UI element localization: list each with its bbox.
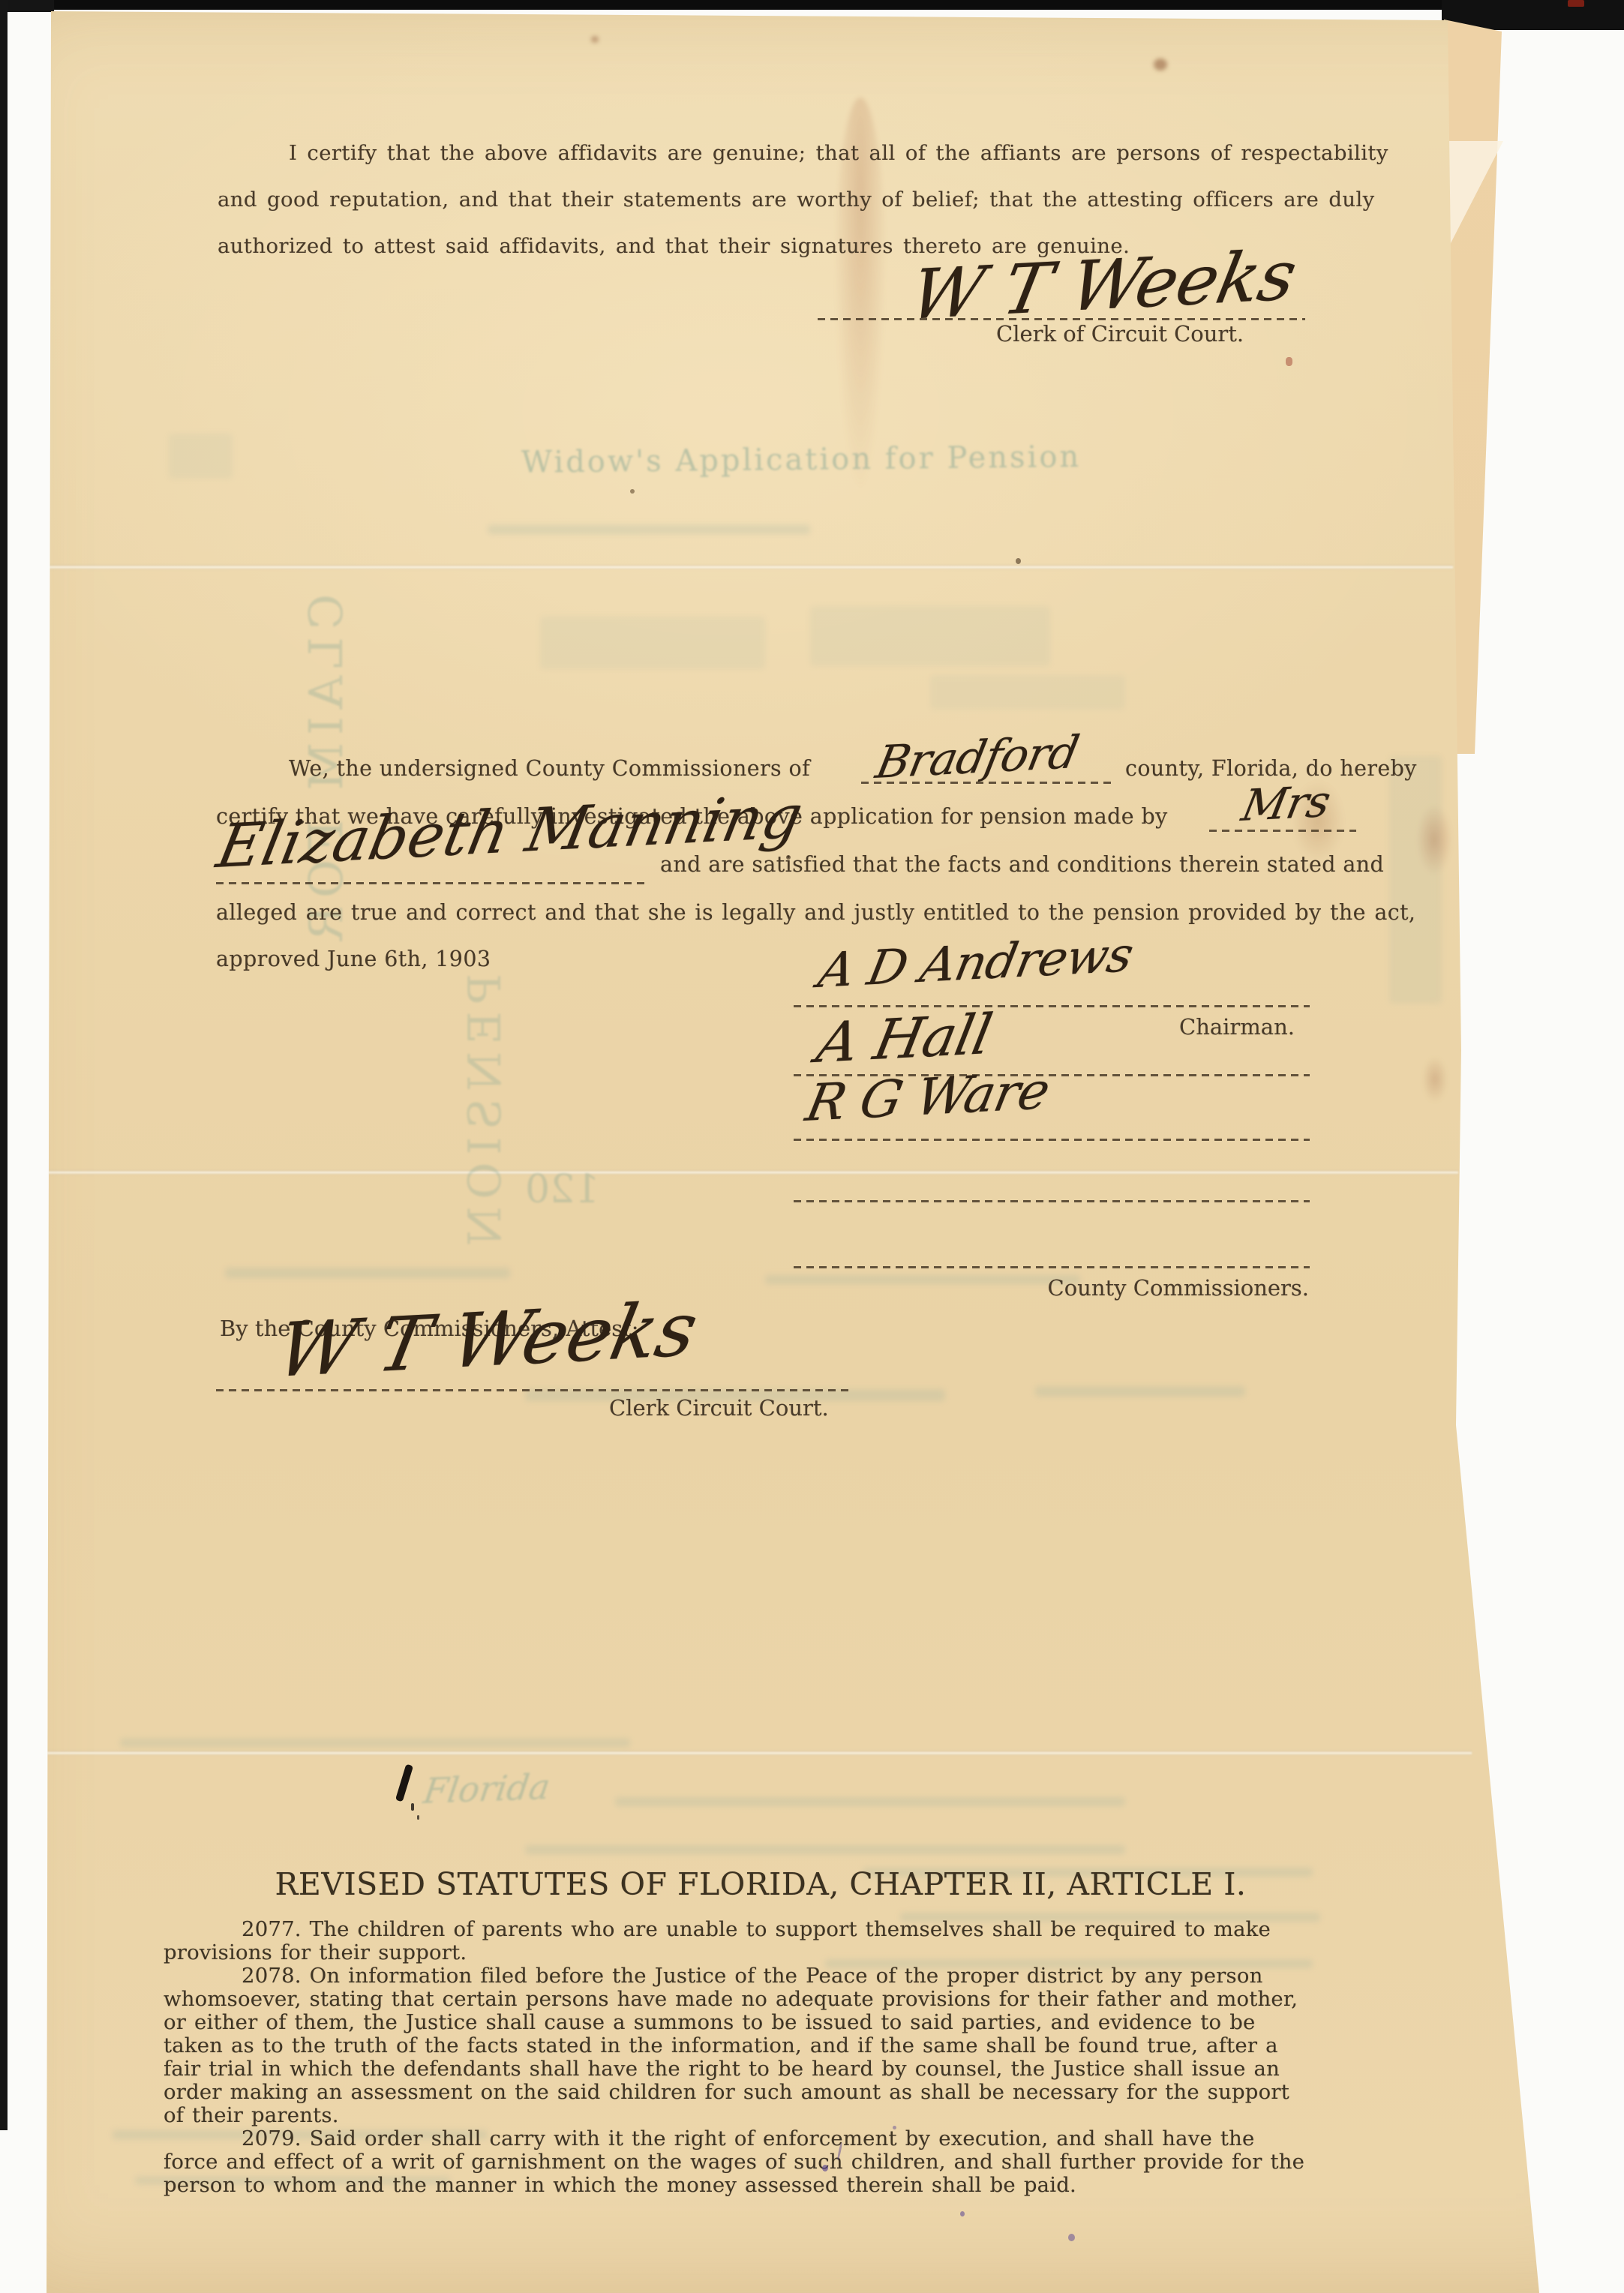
commission-line1-after: county, Florida, do hereby bbox=[1125, 756, 1417, 781]
statute-line: person to whom and the manner in which t… bbox=[164, 2173, 1076, 2197]
statute-line: 2078. On information filed before the Ju… bbox=[242, 1964, 1263, 1988]
statute-line: whomsoever, stating that certain persons… bbox=[164, 1987, 1298, 2011]
statute-line: 2077. The children of parents who are un… bbox=[242, 1917, 1271, 1941]
commissioner-signature-1: A D Andrews bbox=[814, 928, 1137, 999]
bleedthrough-widow-title: Widow's Application for Pension bbox=[521, 440, 1082, 480]
scanner-edge-left bbox=[0, 0, 8, 2130]
ink-slash-dot bbox=[417, 1815, 419, 1820]
commission-line3: and are satisfied that the facts and con… bbox=[660, 852, 1384, 877]
statute-line: order making an assessment on the said c… bbox=[164, 2080, 1289, 2104]
chairman-label: Chairman. bbox=[1179, 1014, 1295, 1040]
empty-signature-rule bbox=[794, 1266, 1310, 1268]
signature-rule bbox=[818, 318, 1305, 320]
bleed-strip bbox=[225, 1268, 510, 1278]
bleed-strip bbox=[120, 1739, 630, 1747]
signature-rule bbox=[216, 1389, 854, 1391]
statute-line: of their parents. bbox=[164, 2103, 339, 2127]
bleed-strip bbox=[810, 606, 1050, 666]
bleedthrough-number: 120 bbox=[525, 1167, 599, 1212]
commission-line1-before: We, the undersigned County Commissioners… bbox=[289, 756, 810, 781]
county-script: Bradford bbox=[872, 726, 1082, 789]
empty-signature-rule bbox=[794, 1200, 1310, 1202]
fold-crease bbox=[47, 565, 1453, 569]
red-fleck-top-right bbox=[1568, 0, 1584, 7]
bleed-strip bbox=[765, 1275, 1080, 1284]
bleed-strip bbox=[525, 1845, 1125, 1854]
statute-line: provisions for their support. bbox=[164, 1940, 467, 1964]
stain-spot bbox=[1154, 59, 1167, 71]
fold-crease bbox=[47, 1170, 1458, 1175]
bleed-strip bbox=[930, 675, 1125, 710]
bleed-strip bbox=[540, 617, 765, 669]
fold-crease bbox=[47, 1751, 1472, 1755]
bleed-strip bbox=[615, 1797, 1125, 1806]
commission-line4: alleged are true and correct and that sh… bbox=[216, 900, 1415, 925]
commission-line5: approved June 6th, 1903 bbox=[216, 947, 491, 971]
document-page: Widow's Application for Pension CLAIM FO… bbox=[0, 0, 1624, 2293]
applicant-title-rule bbox=[1209, 830, 1356, 832]
purple-speck bbox=[1068, 2234, 1075, 2241]
clerk-of-circuit-court-label: Clerk of Circuit Court. bbox=[996, 321, 1244, 347]
signature-rule bbox=[794, 1005, 1310, 1007]
signature-rule bbox=[794, 1139, 1310, 1141]
bleed-strip bbox=[488, 525, 810, 534]
attest-clerk-signature: W T Weeks bbox=[270, 1285, 704, 1394]
ink-speck bbox=[1016, 558, 1021, 564]
ink-slash-dot bbox=[411, 1803, 414, 1811]
applicant-title-script: Mrs bbox=[1238, 776, 1334, 831]
bleed-scribble bbox=[1389, 756, 1442, 1004]
statutes-heading: REVISED STATUTES OF FLORIDA, CHAPTER II,… bbox=[164, 1866, 1358, 1902]
county-commissioners-label: County Commissioners. bbox=[1039, 1275, 1309, 1301]
statute-line: or either of them, the Justice shall cau… bbox=[164, 2010, 1256, 2034]
purple-speck bbox=[893, 2126, 896, 2129]
statute-line: fair trial in which the defendants shall… bbox=[164, 2057, 1280, 2081]
stain-spot bbox=[591, 36, 599, 43]
statute-line: force and effect of a writ of garnishmen… bbox=[164, 2150, 1304, 2174]
scanned-document: Widow's Application for Pension CLAIM FO… bbox=[0, 0, 1624, 2293]
certification-line: and good reputation, and that their stat… bbox=[218, 188, 1375, 212]
bleedthrough-pension-vertical: PENSION bbox=[459, 974, 512, 1221]
scanner-edge-top-left bbox=[0, 0, 54, 12]
statute-line: 2079. Said order shall carry with it the… bbox=[242, 2126, 1255, 2150]
ink-speck bbox=[630, 489, 635, 494]
commissioner-signature-3: R G Ware bbox=[801, 1061, 1054, 1133]
applicant-name-rule bbox=[216, 882, 650, 884]
stain-blotch bbox=[1422, 1056, 1448, 1103]
statute-line: taken as to the truth of the facts state… bbox=[164, 2033, 1278, 2057]
commissioner-signature-2: A Hall bbox=[812, 1002, 997, 1076]
ink-slash-mark bbox=[395, 1764, 413, 1802]
bleed-scribble bbox=[169, 434, 233, 479]
bleedthrough-florida-script: Florida bbox=[421, 1766, 552, 1811]
purple-speck bbox=[960, 2211, 965, 2216]
red-speck bbox=[1286, 357, 1292, 366]
purple-speck bbox=[822, 2165, 828, 2171]
certification-line: I certify that the above affidavits are … bbox=[289, 141, 1388, 165]
scanner-edge-top bbox=[39, 0, 1624, 10]
clerk-circuit-court-label: Clerk Circuit Court. bbox=[609, 1395, 829, 1421]
paper-fold-corner bbox=[1449, 141, 1503, 246]
bleed-strip bbox=[1035, 1386, 1245, 1397]
